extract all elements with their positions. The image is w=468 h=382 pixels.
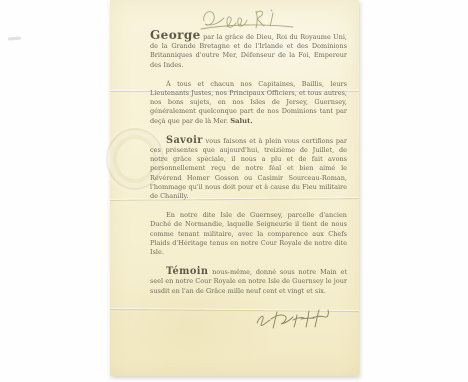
drop-word-temoin: Témoin [166,266,208,277]
drop-word-savoir: Savoir [166,135,203,146]
paragraph-text: En notre dite Isle de Guernsey, parcelle… [150,211,347,256]
document-paper: George par la grâce de Dieu, Roi du Roya… [110,0,359,376]
photo-of-document: George par la grâce de Dieu, Roi du Roya… [0,0,468,382]
paragraph-temoin: Témoin nous-même, donné sous notre Main … [150,267,347,296]
background-smudge [8,37,21,41]
paragraph-preamble: George par la grâce de Dieu, Roi du Roya… [150,31,347,70]
drop-word-george: George [150,28,201,42]
paragraph-savoir: Savoir vous faisons et à plein vous cert… [150,136,347,201]
paragraph-text: vous faisons et à plein vous certifions … [150,137,347,200]
salut-word: Salut. [230,117,252,125]
paragraph-address: À tous et chacun nos Capitaines, Baillis… [150,80,347,126]
paragraph-guernsey: En notre dite Isle de Guernsey, parcelle… [150,211,347,257]
official-ink-signature [249,306,337,332]
document-text: George par la grâce de Dieu, Roi du Roya… [150,31,347,335]
official-signature-row [150,306,337,335]
royal-signature-handwriting [196,4,296,34]
